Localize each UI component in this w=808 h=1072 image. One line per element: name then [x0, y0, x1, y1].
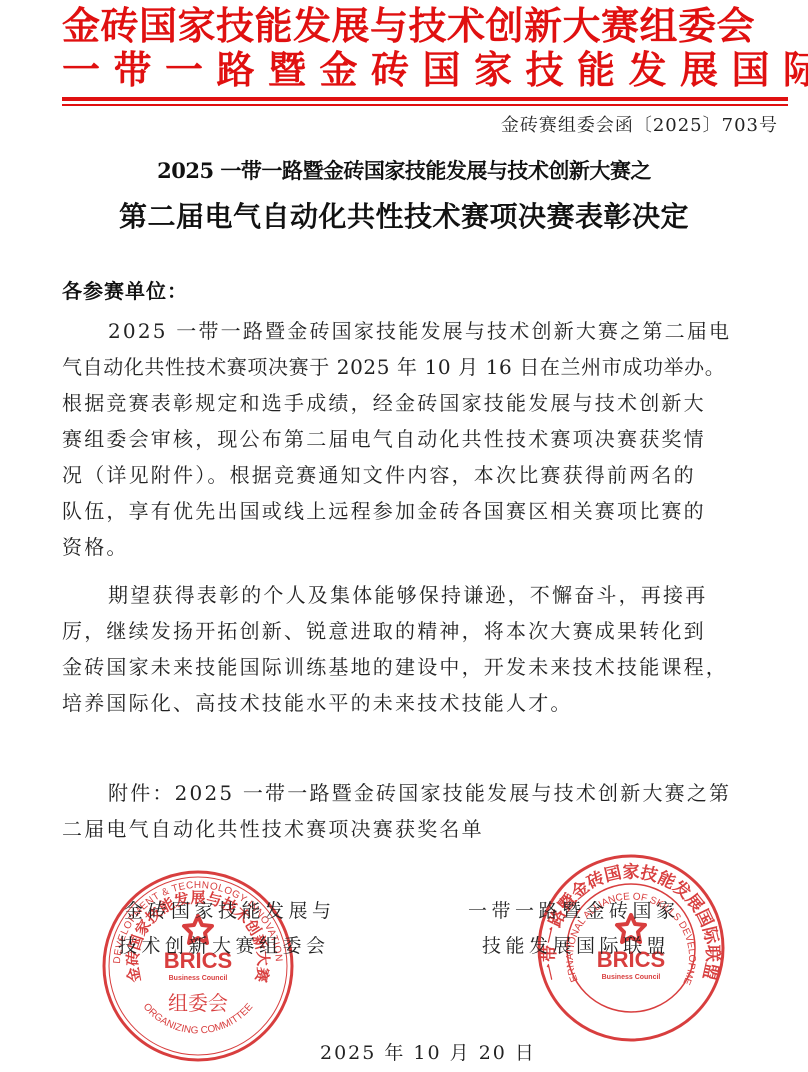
paragraph1-line: 气自动化共性技术赛项决赛于 2025 年 10 月 16 日在兰州市成功举办。	[62, 352, 725, 382]
document-number: 金砖赛组委会函〔2025〕703号	[501, 114, 778, 138]
issue-date: 2025 年 10 月 20 日	[320, 1040, 536, 1066]
title-line2: 第二届电气自动化共性技术赛项决赛表彰决定	[0, 198, 808, 236]
attachment-line: 附件：2025 一带一路暨金砖国家技能发展与技术创新大赛之第	[108, 778, 731, 808]
paragraph2-line: 厉，继续发扬开拓创新、锐意进取的精神，将本次大赛成果转化到	[62, 616, 706, 646]
header-rule-thick	[62, 97, 788, 101]
paragraph2-line: 培养国际化、高技术技能水平的未来技术技能人才。	[62, 688, 573, 718]
org-name-line2: 一带一路暨金砖国家技能发展国际联盟	[62, 48, 788, 92]
org-name-line1: 金砖国家技能发展与技术创新大赛组委会	[62, 4, 788, 48]
stamp-center-text: 组委会	[168, 991, 228, 1015]
paragraph1-line: 资格。	[62, 532, 129, 562]
paragraph1-line: 况（详见附件）。根据竞赛通知文件内容，本次比赛获得前两名的	[62, 460, 696, 490]
left-signature-line2: 技术创新大赛组委会	[118, 933, 330, 959]
header-rule-thin	[62, 104, 788, 106]
paragraph1-line: 2025 一带一路暨金砖国家技能发展与技术创新大赛之第二届电	[108, 316, 731, 346]
title-line1: 2025 一带一路暨金砖国家技能发展与技术创新大赛之	[0, 156, 808, 186]
right-signature-line1: 一带一路暨金砖国家	[468, 898, 680, 924]
stamp-logo-subtext: Business Council	[169, 975, 228, 982]
paragraph2-line: 金砖国家未来技能国际训练基地的建设中，开发未来技术技能课程，	[62, 652, 728, 682]
left-signature-line1: 金砖国家技能发展与	[124, 898, 336, 924]
paragraph1-line: 根据竞赛表彰规定和选手成绩，经金砖国家技能发展与技术创新大	[62, 388, 706, 418]
right-signature-line2: 技能发展国际联盟	[482, 933, 670, 959]
paragraph2-line: 期望获得表彰的个人及集体能够保持谦逊，不懈奋斗，再接再	[108, 580, 707, 610]
attachment-line: 二届电气自动化共性技术赛项决赛获奖名单	[62, 814, 484, 844]
paragraph1-line: 赛组委会审核，现公布第二届电气自动化共性技术赛项决赛获奖情	[62, 424, 706, 454]
stamp-logo-subtext: Business Council	[602, 974, 661, 981]
salutation: 各参赛单位：	[62, 276, 188, 306]
paragraph1-line: 队伍，享有优先出国或线上远程参加金砖各国赛区相关赛项比赛的	[62, 496, 706, 526]
